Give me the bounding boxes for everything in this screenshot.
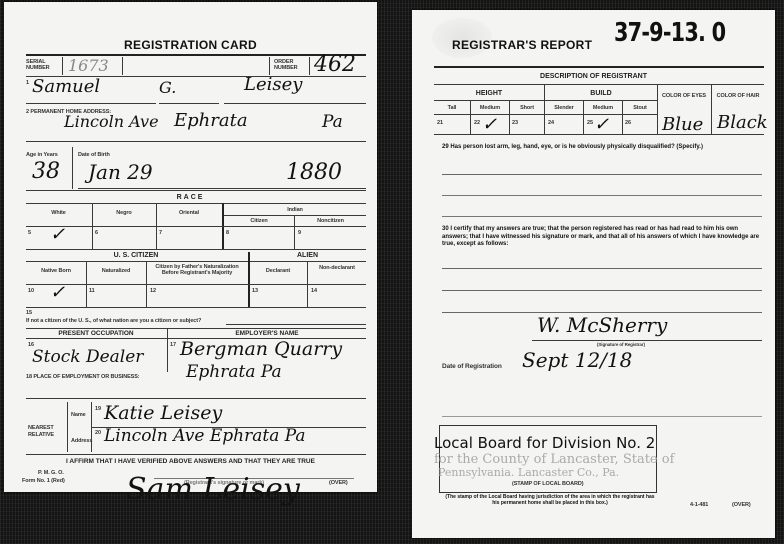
employer-header: EMPLOYER'S NAME: [168, 330, 366, 337]
form-code-2: Form No. 1 (Red): [22, 478, 65, 484]
citizen-col-native: Native Born: [26, 268, 86, 274]
card-title: REGISTRATION CARD: [4, 38, 377, 52]
serial-number-value: 1673: [68, 56, 109, 75]
q30-certification: 30 I certify that my answers are true; t…: [442, 226, 762, 249]
build-medium-check-mark: ✓: [594, 114, 609, 135]
home-city-value: Ephrata: [174, 110, 248, 131]
first-name-value: Samuel: [32, 76, 100, 97]
q29-question: 29 Has person lost arm, leg, hand, eye, …: [442, 144, 762, 152]
middle-name-value: G.: [159, 78, 176, 97]
description-header: DESCRIPTION OF REGISTRANT: [412, 73, 775, 80]
dob-month-day-value: Jan 29: [88, 160, 153, 184]
registrant-signature: Sam Leisey: [126, 472, 300, 507]
stamp-line-1: Local Board for Division No. 2: [434, 434, 655, 452]
race-col-noncitizen: Noncitizen: [295, 218, 366, 224]
native-born-check-mark: ✓: [50, 282, 65, 303]
height-col-tall: Tall: [434, 105, 470, 111]
nearest-relative-label: NEAREST RELATIVE: [28, 425, 66, 439]
eye-color-header: COLOR OF EYES: [658, 93, 710, 99]
race-header: RACE: [4, 194, 377, 201]
race-indian-label: Indian: [224, 207, 366, 213]
age-value: 38: [32, 159, 60, 184]
height-header: HEIGHT: [434, 90, 544, 97]
form-code: P. M. G. O.: [38, 470, 64, 476]
employer-value: Bergman Quarry: [180, 338, 342, 360]
build-col-stout: Stout: [623, 105, 657, 111]
home-state-value: Pa: [322, 112, 343, 132]
stamp-line-2: for the County of Lancaster, State of: [434, 452, 674, 467]
height-col-short: Short: [510, 105, 544, 111]
employer-city-value: Ephrata Pa: [186, 362, 282, 382]
alien-header: ALIEN: [249, 252, 366, 259]
race-col-white: White: [26, 210, 91, 216]
relative-address-value: Lincoln Ave Ephrata Pa: [104, 426, 306, 446]
alien-col-declarant: Declarant: [250, 268, 306, 274]
relative-name-value: Katie Leisey: [104, 402, 222, 424]
dob-year-value: 1880: [286, 160, 342, 185]
stamp-line-4: (STAMP OF LOCAL BOARD): [512, 481, 583, 487]
race-col-citizen: Citizen: [224, 218, 294, 224]
race-white-check-mark: ✓: [50, 224, 65, 245]
height-col-medium: Medium: [471, 105, 509, 111]
serial-number-label: SERIAL NUMBER: [26, 59, 60, 71]
race-col-negro: Negro: [93, 210, 155, 216]
report-title: REGISTRAR'S REPORT: [412, 38, 784, 52]
place-of-employment-label: 18 PLACE OF EMPLOYMENT OR BUSINESS:: [26, 374, 140, 380]
affirmation-text: I AFFIRM THAT I HAVE VERIFIED ABOVE ANSW…: [4, 458, 377, 465]
home-street-value: Lincoln Ave: [64, 112, 159, 131]
us-citizen-header: U. S. CITIZEN: [26, 252, 246, 259]
registrars-report-back: REGISTRAR'S REPORT 37-9-13. 0 DESCRIPTIO…: [412, 10, 775, 538]
citizen-col-naturalized: Naturalized: [87, 268, 145, 274]
race-col-oriental: Oriental: [157, 210, 221, 216]
footer-code-2: (OVER): [732, 502, 751, 508]
order-number-label: ORDER NUMBER: [274, 59, 306, 71]
alien-col-nondeclarant: Non-declarant: [308, 265, 366, 271]
occupation-value: Stock Dealer: [32, 347, 143, 367]
stamp-number: 37-9-13. 0: [614, 18, 725, 48]
stamp-note: (The stamp of the Local Board having jur…: [442, 494, 658, 506]
relative-address-label: Address: [71, 438, 92, 444]
height-medium-check-mark: ✓: [482, 114, 497, 135]
registration-card-front: REGISTRATION CARD SERIAL NUMBER 1673 ORD…: [4, 2, 377, 492]
footer-code-1: 4-1-481: [690, 502, 708, 508]
hair-color-header: COLOR OF HAIR: [712, 93, 764, 99]
stamp-line-3: Pennsylvania. Lancaster Co., Pa.: [438, 466, 619, 479]
date-of-registration-value: Sept 12/18: [522, 348, 632, 372]
build-header: BUILD: [545, 90, 657, 97]
last-name-value: Leisey: [244, 74, 302, 95]
age-label: Age in Years: [26, 152, 58, 158]
order-number-value: 462: [314, 52, 356, 77]
q15-question: If not a citizen of the U. S., of what n…: [26, 318, 201, 324]
build-col-medium: Medium: [584, 105, 622, 111]
registrar-signature-label: (Signature of Registrar): [597, 342, 645, 347]
dob-label: Date of Birth: [78, 152, 110, 158]
eye-color-value: Blue: [662, 114, 703, 135]
relative-name-label: Name: [71, 412, 86, 418]
occupation-header: PRESENT OCCUPATION: [26, 330, 166, 337]
registrar-signature: W. McSherry: [537, 313, 667, 337]
date-of-registration-label: Date of Registration: [442, 363, 502, 370]
citizen-col-by-father: Citizen by Father's Naturalization Befor…: [147, 264, 247, 276]
build-col-slender: Slender: [545, 105, 583, 111]
over-label: (OVER): [329, 480, 348, 486]
hair-color-value: Black: [717, 112, 768, 133]
